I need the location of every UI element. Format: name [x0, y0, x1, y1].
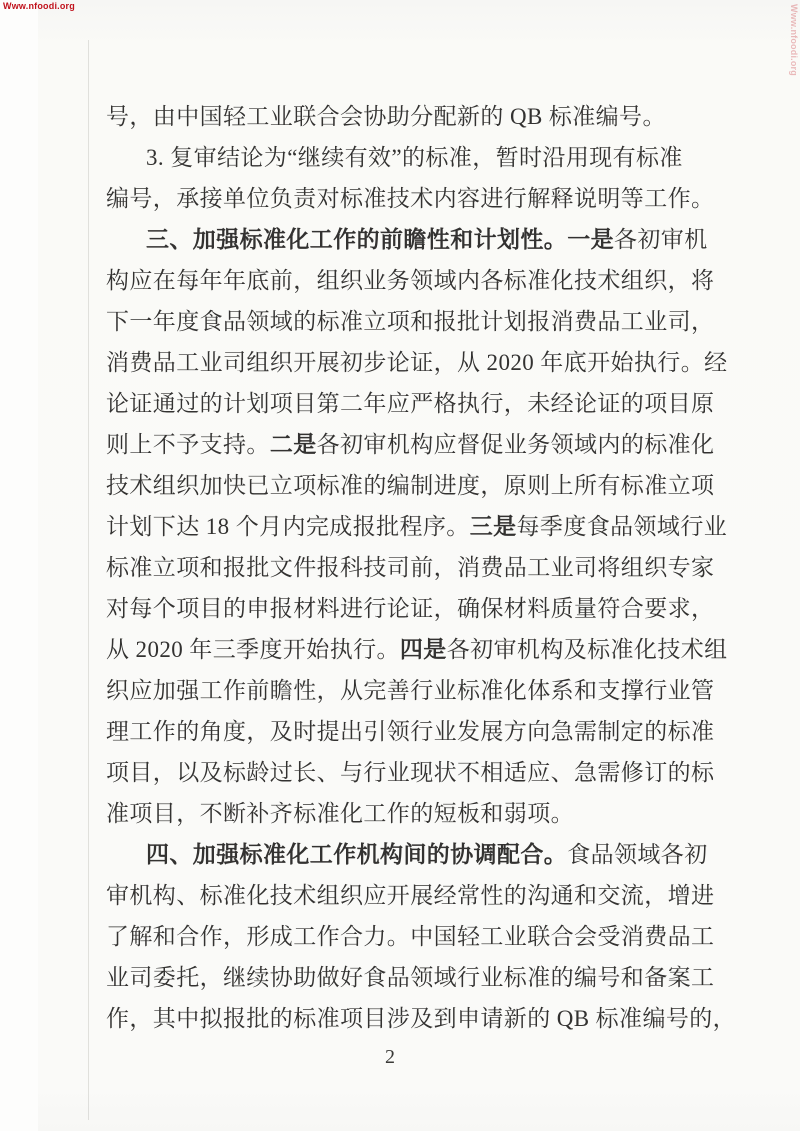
text-segment: 技术组织加快已立项标准的编制进度，原则上所有标准立项	[106, 473, 714, 498]
text-segment: 审机构、标准化技术组织应开展经常性的沟通和交流，增进	[106, 883, 714, 908]
text-line: 审机构、标准化技术组织应开展经常性的沟通和交流，增进	[106, 875, 706, 916]
text-segment: 了解和合作，形成工作合力。中国轻工业联合会受消费品工	[106, 924, 714, 949]
text-line: 项目，以及标龄过长、与行业现状不相适应、急需修订的标	[106, 752, 706, 793]
text-line: 准项目，不断补齐标准化工作的短板和弱项。	[106, 793, 706, 834]
text-line: 消费品工业司组织开展初步论证，从 2020 年底开始执行。经	[106, 342, 706, 383]
text-segment: 从 2020 年三季度开始执行。	[106, 637, 400, 662]
text-segment: 业司委托，继续协助做好食品领域行业标准的编号和备案工	[106, 965, 714, 990]
text-line: 织应加强工作前瞻性，从完善行业标准化体系和支撑行业管	[106, 670, 706, 711]
text-segment: 织应加强工作前瞻性，从完善行业标准化体系和支撑行业管	[106, 678, 714, 703]
watermark-top-left: Www.nfoodi.org	[3, 1, 75, 11]
page-number: 2	[0, 1042, 780, 1072]
bold-text-segment: 三是	[470, 514, 517, 539]
text-segment: 则上不予支持。	[106, 432, 270, 457]
document-text-block: 号，由中国轻工业联合会协助分配新的 QB 标准编号。3. 复审结论为“继续有效”…	[106, 96, 706, 1039]
text-segment: 项目，以及标龄过长、与行业现状不相适应、急需修订的标	[106, 760, 714, 785]
scan-crease-line	[88, 40, 89, 1120]
text-segment: 构应在每年年底前，组织业务领域内各标准化技术组织，将	[106, 268, 714, 293]
text-line: 构应在每年年底前，组织业务领域内各标准化技术组织，将	[106, 260, 706, 301]
text-segment: 编号，承接单位负责对标准技术内容进行解释说明等工作。	[106, 186, 714, 211]
text-segment: 每季度食品领域行业	[517, 514, 728, 539]
text-segment: 3. 复审结论为“继续有效”的标准，暂时沿用现有标准	[146, 145, 683, 170]
text-segment: 各初审机构应督促业务领域内的标准化	[317, 432, 715, 457]
text-line: 号，由中国轻工业联合会协助分配新的 QB 标准编号。	[106, 96, 706, 137]
bold-text-segment: 四、加强标准化工作机构间的协调配合。	[146, 842, 567, 867]
text-segment: 计划下达 18 个月内完成报批程序。	[106, 514, 470, 539]
text-line: 了解和合作，形成工作合力。中国轻工业联合会受消费品工	[106, 916, 706, 957]
bold-text-segment: 三、加强标准化工作的前瞻性和计划性。一是	[146, 227, 614, 252]
text-line: 编号，承接单位负责对标准技术内容进行解释说明等工作。	[106, 178, 706, 219]
text-line: 理工作的角度，及时提出引领行业发展方向急需制定的标准	[106, 711, 706, 752]
scan-edge-strip	[0, 0, 38, 1131]
text-line: 作，其中拟报批的标准项目涉及到申请新的 QB 标准编号的，	[106, 998, 706, 1039]
text-segment: 下一年度食品领域的标准立项和报批计划报消费品工业司，	[106, 309, 714, 334]
text-segment: 对每个项目的申报材料进行论证，确保材料质量符合要求，	[106, 596, 714, 621]
bold-text-segment: 四是	[400, 637, 447, 662]
text-line: 下一年度食品领域的标准立项和报批计划报消费品工业司，	[106, 301, 706, 342]
text-line: 标准立项和报批文件报科技司前，消费品工业司将组织专家	[106, 547, 706, 588]
bold-text-segment: 二是	[270, 432, 317, 457]
text-segment: 食品领域各初	[567, 842, 707, 867]
text-segment: 作，其中拟报批的标准项目涉及到申请新的 QB 标准编号的，	[106, 1006, 736, 1031]
text-line: 则上不予支持。二是各初审机构应督促业务领域内的标准化	[106, 424, 706, 465]
text-segment: 标准立项和报批文件报科技司前，消费品工业司将组织专家	[106, 555, 714, 580]
text-segment: 各初审机构及标准化技术组	[447, 637, 728, 662]
text-line: 从 2020 年三季度开始执行。四是各初审机构及标准化技术组	[106, 629, 706, 670]
document-page: Www.nfoodi.org Www.nfoodi.org 号，由中国轻工业联合…	[0, 0, 800, 1131]
watermark-right-edge: Www.nfoodi.org	[789, 4, 799, 76]
text-line: 四、加强标准化工作机构间的协调配合。食品领域各初	[106, 834, 706, 875]
text-segment: 各初审机	[614, 227, 708, 252]
text-line: 对每个项目的申报材料进行论证，确保材料质量符合要求，	[106, 588, 706, 629]
text-segment: 消费品工业司组织开展初步论证，从 2020 年底开始执行。经	[106, 350, 728, 375]
text-segment: 号，由中国轻工业联合会协助分配新的 QB 标准编号。	[106, 104, 666, 129]
text-line: 计划下达 18 个月内完成报批程序。三是每季度食品领域行业	[106, 506, 706, 547]
text-segment: 准项目，不断补齐标准化工作的短板和弱项。	[106, 801, 574, 826]
text-line: 技术组织加快已立项标准的编制进度，原则上所有标准立项	[106, 465, 706, 506]
text-line: 业司委托，继续协助做好食品领域行业标准的编号和备案工	[106, 957, 706, 998]
text-segment: 论证通过的计划项目第二年应严格执行，未经论证的项目原	[106, 391, 714, 416]
text-line: 3. 复审结论为“继续有效”的标准，暂时沿用现有标准	[106, 137, 706, 178]
text-line: 论证通过的计划项目第二年应严格执行，未经论证的项目原	[106, 383, 706, 424]
text-segment: 理工作的角度，及时提出引领行业发展方向急需制定的标准	[106, 719, 714, 744]
text-line: 三、加强标准化工作的前瞻性和计划性。一是各初审机	[106, 219, 706, 260]
